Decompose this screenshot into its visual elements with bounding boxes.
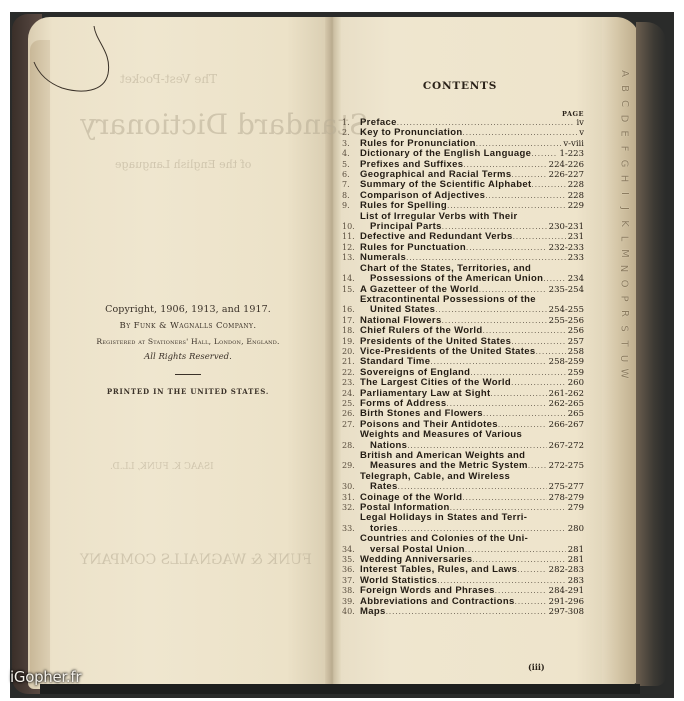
toc-entry-number: 8.	[342, 191, 360, 201]
toc-entry: 29.British and American Weights andMeasu…	[342, 451, 584, 472]
toc-entry-page: 1-223	[557, 149, 584, 159]
thumb-index-tab[interactable]: L	[616, 236, 631, 242]
toc-entry-page: 228	[566, 180, 584, 190]
toc-entry-number: 28.	[342, 441, 360, 451]
toc-entry-page: 256	[566, 326, 584, 336]
toc-entry: 14.Chart of the States, Territories, and…	[342, 264, 584, 285]
toc-entry-page: 260	[566, 378, 584, 388]
toc-entry-page: 281	[566, 545, 584, 555]
toc-entry-page: iv	[574, 118, 584, 128]
toc-entry-page: v	[577, 128, 584, 138]
toc-entry-number: 14.	[342, 274, 360, 284]
toc-entry-page: 231	[566, 232, 584, 242]
toc-entry-page: 261-262	[547, 389, 584, 399]
thumb-index-tab[interactable]: N	[616, 265, 631, 272]
thumb-index-tab[interactable]: P	[617, 295, 632, 301]
toc-entry-page: 275-277	[547, 482, 584, 492]
watermark: iGopher.fr	[10, 668, 81, 686]
thumb-index-tab[interactable]: T	[616, 340, 631, 346]
toc-entry-number: 4.	[342, 149, 360, 159]
toc-entry-number: 29.	[342, 461, 360, 471]
dot-leader	[465, 545, 566, 555]
toc-entry-page: 284-291	[547, 586, 584, 596]
thumb-index-tab[interactable]: C	[616, 100, 631, 107]
toc-entry: 33.Legal Holidays in States and Terri-to…	[342, 513, 584, 534]
toc-entry-number: 16.	[342, 305, 360, 315]
toc-entry-number: 31.	[342, 493, 360, 503]
toc-entry-number: 38.	[342, 586, 360, 596]
toc-entry-page: 266-267	[547, 420, 584, 430]
toc-entry-page: 258	[566, 347, 584, 357]
toc-entry-number: 15.	[342, 285, 360, 295]
toc-entry-number: 18.	[342, 326, 360, 336]
toc-entry-number: 36.	[342, 565, 360, 575]
toc-entry-page: 258-259	[547, 357, 584, 367]
toc-entry-title: The Largest Cities of the World	[360, 378, 511, 388]
toc-entry-number: 11.	[342, 232, 360, 242]
page-column-label: PAGE	[540, 110, 584, 118]
toc-entry-page: 283	[566, 576, 584, 586]
toc-entry-page: 235-254	[547, 285, 584, 295]
toc-entry: 40.Maps297-308	[342, 607, 584, 617]
thumb-index-tab[interactable]: A	[617, 70, 632, 77]
toc-entry-page: 282-283	[547, 565, 584, 575]
toc-entry-number: 3.	[342, 139, 360, 149]
dot-leader	[531, 149, 557, 159]
show-through-text: ISAAC K. FUNK, LL.D.	[110, 462, 214, 472]
dot-leader	[513, 232, 566, 242]
show-through-text: The Vest-Pocket	[120, 72, 217, 86]
toc-entry-number: 13.	[342, 253, 360, 263]
registration-line: Registered at Stationers' Hall, London, …	[48, 337, 328, 346]
toc-entry-number: 20.	[342, 347, 360, 357]
toc-entry-number: 37.	[342, 576, 360, 586]
thumb-index-tab[interactable]: R	[616, 310, 631, 317]
show-through-text: of the English Language	[115, 158, 251, 171]
thumb-index-tab[interactable]: E	[616, 130, 631, 136]
toc-entry-number: 17.	[342, 316, 360, 326]
toc-entry-page: 230-231	[547, 222, 584, 232]
toc-entry-page: 233	[566, 253, 584, 263]
thumb-index-tab[interactable]: M	[616, 249, 631, 258]
toc-entry-number: 25.	[342, 399, 360, 409]
toc-entry: 18.Chief Rulers of the World256	[342, 326, 584, 336]
dot-leader	[511, 378, 566, 388]
toc-entry-page: 278-279	[547, 493, 584, 503]
toc-entry-number: 19.	[342, 337, 360, 347]
toc-entry: 28.Weights and Measures of VariousNation…	[342, 430, 584, 451]
toc-entry-title: Possessions of the American Union	[370, 274, 543, 284]
toc-entry-page: 254-255	[547, 305, 584, 315]
thumb-index-tab[interactable]: J	[616, 207, 631, 210]
toc-entry-number: 26.	[342, 409, 360, 419]
toc-entry-number: 30.	[342, 482, 360, 492]
thumb-index-tab[interactable]: H	[617, 175, 632, 183]
toc-entry-number: 39.	[342, 597, 360, 607]
toc-entry-number: 1.	[342, 118, 360, 128]
thumb-index-tab[interactable]: F	[616, 146, 631, 152]
thumb-index-tab[interactable]: U	[616, 355, 631, 362]
dot-leader	[386, 607, 547, 617]
dot-leader	[435, 305, 546, 315]
toc-entry-number: 27.	[342, 420, 360, 430]
toc-entry-page: 291-296	[547, 597, 584, 607]
thumb-index-tab[interactable]: O	[617, 280, 632, 288]
book-bottom-shadow	[40, 684, 640, 694]
show-through-text: FUNK & WAGNALLS COMPANY	[80, 552, 312, 568]
thumb-index-tab[interactable]: D	[616, 115, 631, 123]
toc-entry: 16.Extracontinental Possessions of theUn…	[342, 295, 584, 316]
toc-entry-page: 280	[566, 524, 584, 534]
toc-entry-page: 281	[566, 555, 584, 565]
dot-leader	[485, 191, 566, 201]
toc-entry-number: 9.	[342, 201, 360, 211]
printed-line: PRINTED IN THE UNITED STATES.	[48, 387, 328, 396]
divider	[175, 374, 201, 375]
toc-entry-page: 262-265	[547, 399, 584, 409]
toc-entry-number: 5.	[342, 160, 360, 170]
toc-entry-number: 12.	[342, 243, 360, 253]
book-cover-right	[636, 22, 666, 686]
toc-entry-number: 33.	[342, 524, 360, 534]
dot-leader	[543, 274, 566, 284]
dot-leader	[517, 565, 546, 575]
toc-entry-page: 255-256	[547, 316, 584, 326]
toc-entry-page: 257	[566, 337, 584, 347]
toc-entry-page: 232-233	[547, 243, 584, 253]
thumb-index-tab[interactable]: W	[616, 369, 631, 379]
dot-leader	[528, 461, 547, 471]
toc-entry-number: 7.	[342, 180, 360, 190]
pencil-doodle	[32, 22, 112, 92]
toc-entry-number: 32.	[342, 503, 360, 513]
copyright-line: Copyright, 1906, 1913, and 1917.	[48, 304, 328, 315]
toc-entry-page: 297-308	[547, 607, 584, 617]
rights-line: All Rights Reserved.	[48, 352, 328, 362]
thumb-index-tab[interactable]: S	[616, 325, 631, 331]
dot-leader	[462, 493, 546, 503]
toc-entry-page: 224-226	[547, 160, 584, 170]
toc-entry-number: 21.	[342, 357, 360, 367]
toc-entry-page: 272-275	[547, 461, 584, 471]
dot-leader	[463, 128, 578, 138]
toc-entry: 30.Telegraph, Cable, and WirelessRates27…	[342, 472, 584, 493]
toc-entry-number: 40.	[342, 607, 360, 617]
dot-leader	[532, 180, 566, 190]
toc-entry-page: 265	[566, 409, 584, 419]
toc-entry-number: 2.	[342, 128, 360, 138]
toc-entry-number: 6.	[342, 170, 360, 180]
toc-entry-page: 229	[566, 201, 584, 211]
toc-entry: 10.List of Irregular Verbs with TheirPri…	[342, 212, 584, 233]
table-of-contents: 1.Prefaceiv2.Key to Pronunciationv3.Rule…	[342, 118, 584, 618]
publisher-line: By Funk & Wagnalls Company.	[48, 321, 328, 331]
toc-entry-page: 259	[566, 368, 584, 378]
thumb-index-tab[interactable]: G	[617, 160, 632, 168]
dot-leader	[491, 389, 547, 399]
toc-entry-number: 22.	[342, 368, 360, 378]
dot-leader	[536, 347, 566, 357]
thumb-index: ABCDEFGHIJKLMNOPRSTUW	[614, 66, 634, 381]
page-title: CONTENTS	[340, 80, 580, 92]
toc-entry-page: 279	[566, 503, 584, 513]
copyright-block: Copyright, 1906, 1913, and 1917. By Funk…	[48, 298, 328, 396]
toc-entry-title: Maps	[360, 607, 386, 617]
toc-entry-page: 234	[566, 274, 584, 284]
page-number: (iii)	[528, 662, 545, 672]
toc-entry-page: 267-272	[547, 441, 584, 451]
toc-entry-page: 226-227	[547, 170, 584, 180]
toc-entry-number: 24.	[342, 389, 360, 399]
thumb-index-tab[interactable]: I	[616, 192, 631, 195]
thumb-index-tab[interactable]: K	[617, 220, 632, 227]
toc-entry-title: Chief Rulers of the World	[360, 326, 483, 336]
toc-entry-page: v-viii	[561, 139, 584, 149]
thumb-index-tab[interactable]: B	[617, 85, 632, 92]
toc-entry: 34.Countries and Colonies of the Uni-ver…	[342, 534, 584, 555]
dot-leader	[483, 326, 566, 336]
toc-entry: 23.The Largest Cities of the World260	[342, 378, 584, 388]
toc-entry-page: 228	[566, 191, 584, 201]
toc-entry-number: 35.	[342, 555, 360, 565]
toc-entry-number: 34.	[342, 545, 360, 555]
toc-entry-number: 23.	[342, 378, 360, 388]
left-page-edges	[30, 40, 50, 680]
dot-leader	[515, 597, 547, 607]
toc-entry-number: 10.	[342, 222, 360, 232]
dot-leader	[466, 243, 547, 253]
show-through-text: Standard Dictionary	[80, 108, 368, 141]
